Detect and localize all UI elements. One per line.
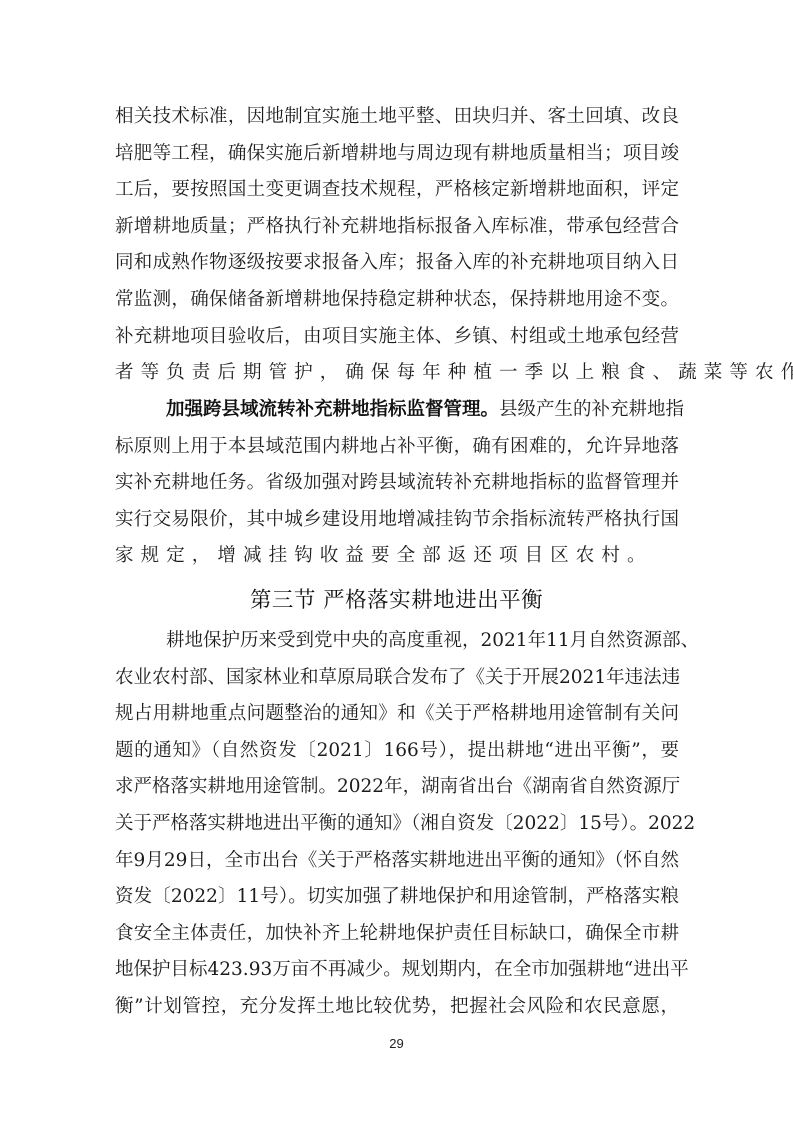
text-line: 工后，要按照国土变更调查技术规程，严格核定新增耕地面积，评定 (115, 172, 679, 209)
text-line: 食安全主体责任，加快补齐上轮耕地保护责任目标缺口，确保全市耕 (115, 916, 679, 953)
text-line: 地保护目标423.93万亩不再减少。规划期内，在全市加强耕地“进出平 (115, 952, 679, 989)
text-line: 新增耕地质量；严格执行补充耕地指标报备入库标准，带承包经营合 (115, 209, 679, 246)
text-line: 衡”计划管控，充分发挥土地比较优势，把握社会风险和农民意愿， (115, 989, 679, 1026)
text-line: 同和成熟作物逐级按要求报备入库；报备入库的补充耕地项目纳入日 (115, 245, 679, 282)
text-line: 规占用耕地重点问题整治的通知》和《关于严格耕地用途管制有关问 (115, 696, 679, 733)
text-line: 题的通知》（自然资发〔2021〕166号），提出耕地“进出平衡”，要 (115, 733, 679, 770)
document-page: 相关技术标准，因地制宜实施土地平整、田块归并、客土回填、改良 培肥等工程，确保实… (0, 0, 793, 1122)
text-line: 相关技术标准，因地制宜实施土地平整、田块归并、客土回填、改良 (115, 99, 679, 136)
text-line: 关于严格落实耕地进出平衡的通知》（湘自资发〔2022〕15号）。2022 (115, 806, 679, 843)
text-line: 培肥等工程，确保实施后新增耕地与周边现有耕地质量相当；项目竣 (115, 136, 679, 173)
text-line: 常监测，确保储备新增耕地保持稳定耕种状态，保持耕地用途不变。 (115, 282, 679, 319)
paragraph-supplementary-farmland-standards: 相关技术标准，因地制宜实施土地平整、田块归并、客土回填、改良 培肥等工程，确保实… (115, 99, 679, 392)
paragraph-cross-county-indicator-supervision: 加强跨县域流转补充耕地指标监督管理。县级产生的补充耕地指 标原则上用于本县域范围… (115, 392, 679, 575)
text-fragment: 县级产生的补充耕地指 (499, 399, 684, 420)
section-heading: 第三节 严格落实耕地进出平衡 (0, 584, 793, 618)
text-line: 补充耕地项目验收后，由项目实施主体、乡镇、村组或土地承包经营 (115, 319, 679, 356)
text-line: 求严格落实耕地用途管制。2022年，湖南省出台《湖南省自然资源厅 (115, 769, 679, 806)
paragraph-lead-heading: 加强跨县域流转补充耕地指标监督管理。 (166, 399, 499, 420)
text-line: 者等负责后期管护，确保每年种植一季以上粮食、蔬菜等农作物。 (115, 355, 679, 392)
text-line: 实行交易限价，其中城乡建设用地增减挂钩节余指标流转严格执行国 (115, 502, 679, 539)
text-line: 家规定，增减挂钩收益要全部返还项目区农村。 (115, 538, 679, 575)
text-line: 年9月29日，全市出台《关于严格落实耕地进出平衡的通知》（怀自然 (115, 843, 679, 880)
text-line: 标原则上用于本县域范围内耕地占补平衡，确有困难的，允许异地落 (115, 429, 679, 466)
text-line: 资发〔2022〕11号）。切实加强了耕地保护和用途管制，严格落实粮 (115, 879, 679, 916)
paragraph-farmland-in-out-balance: 耕地保护历来受到党中央的高度重视，2021年11月自然资源部、 农业农村部、国家… (115, 623, 679, 1026)
text-line-first: 加强跨县域流转补充耕地指标监督管理。县级产生的补充耕地指 (115, 392, 679, 429)
text-line: 实补充耕地任务。省级加强对跨县域流转补充耕地指标的监督管理并 (115, 465, 679, 502)
text-line-first: 耕地保护历来受到党中央的高度重视，2021年11月自然资源部、 (115, 623, 679, 660)
page-number: 29 (0, 1036, 793, 1051)
text-line: 农业农村部、国家林业和草原局联合发布了《关于开展2021年违法违 (115, 660, 679, 697)
